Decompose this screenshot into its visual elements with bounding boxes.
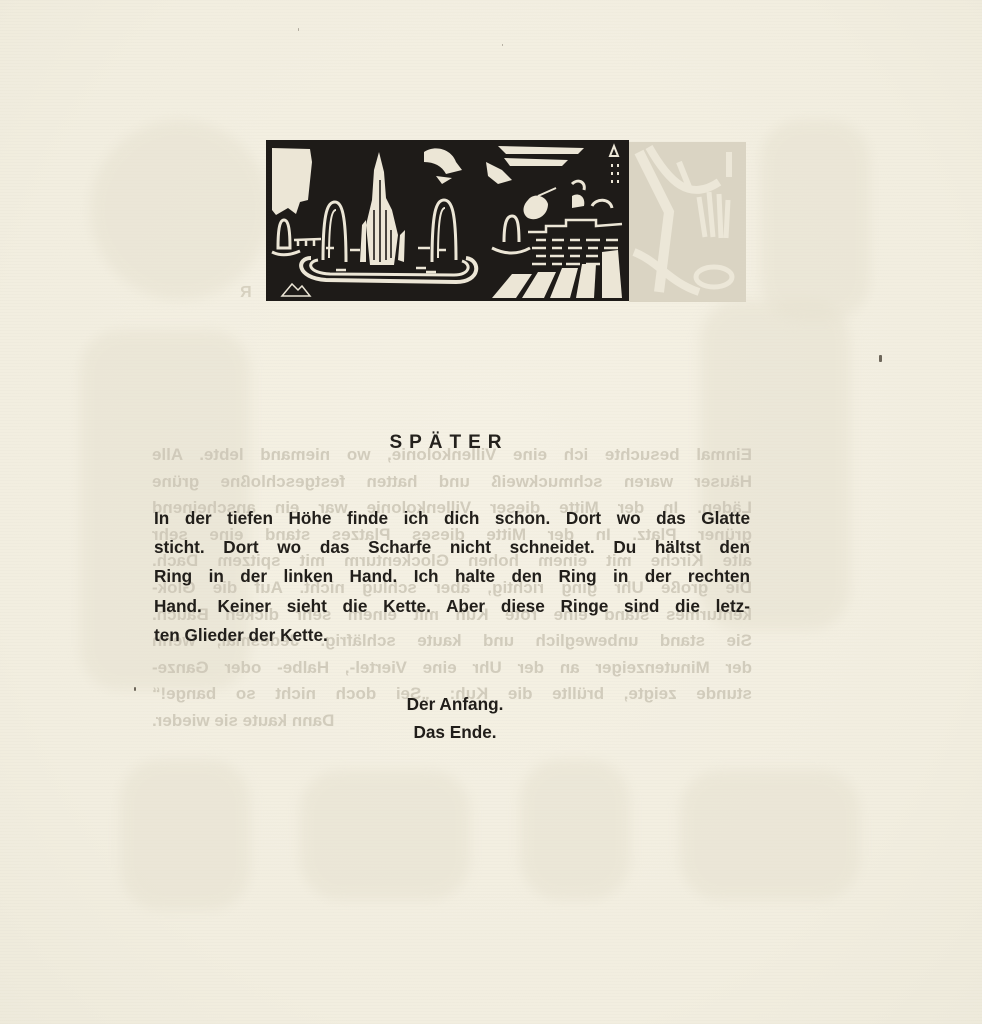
bleed-through-shape: [760, 120, 870, 320]
woodcut-illustration: [266, 140, 629, 301]
bleed-through-shape: [90, 120, 270, 300]
bleed-through-letter: R: [240, 284, 252, 302]
bleed-through-shape: [300, 770, 470, 900]
paper-speck: [134, 687, 136, 691]
book-page: R Einmal besuchte ich eine Villenkolonie…: [0, 0, 982, 1024]
paper-speck: [502, 44, 503, 46]
paper-speck: [298, 28, 299, 31]
poem-title: SPÄTER: [0, 432, 898, 454]
poem-line: In der tiefen Höhe finde ich dich schon.…: [154, 504, 750, 533]
closing-line-beginning: Der Anfang.: [300, 690, 610, 718]
poem-line: sticht. Dort wo das Scharfe nicht schnei…: [154, 533, 750, 562]
poem-line: ten Glieder der Kette.: [154, 621, 750, 650]
poem-body: In der tiefen Höhe finde ich dich schon.…: [154, 504, 750, 650]
bleed-through-shape: [680, 770, 860, 900]
paper-speck: [879, 355, 882, 362]
poem-line: Ring in der linken Hand. Ich halte den R…: [154, 562, 750, 591]
fountain-woodcut-image: [266, 140, 629, 301]
bleed-through-shape: [520, 760, 630, 900]
bleed-through-shape: [120, 760, 250, 910]
closing-line-end: Das Ende.: [300, 718, 610, 746]
poem-line: Hand. Keiner sieht die Kette. Aber diese…: [154, 592, 750, 621]
bleed-line: Häuser waren schmuckweiß und hatten fest…: [152, 469, 752, 496]
bleed-through-woodcut: [629, 142, 746, 302]
bleed-line: der Minutenzeiger an der Uhr eine Vierte…: [152, 655, 752, 682]
